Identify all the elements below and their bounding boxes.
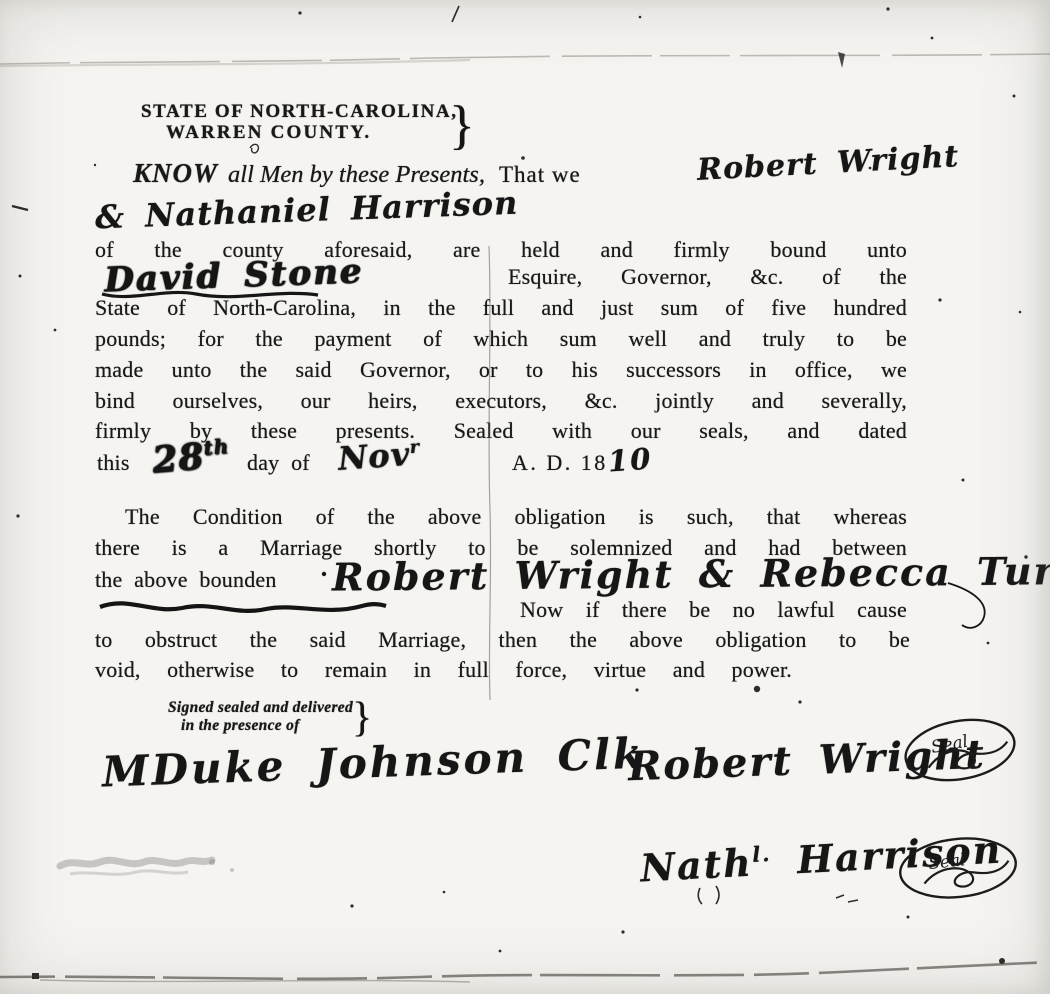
handwritten-cosigner-name: & Nathaniel Harrison <box>94 184 518 237</box>
condition-line-3: the above bounden <box>95 566 277 594</box>
seal-robert-wright: Seal <box>898 706 1023 794</box>
bond-line-5: made unto the said Governor, or to his s… <box>95 356 907 384</box>
handwritten-couple-names: Robert Wright & Rebecca Turner <box>332 548 1050 600</box>
attestation-line-1: Signed sealed and delivered <box>168 699 353 717</box>
document-state-heading: STATE OF NORTH-CAROLINA, <box>141 101 458 123</box>
condition-line-4: Now if there be no lawful cause <box>520 596 907 624</box>
opening-that-we: That we <box>499 162 581 187</box>
condition-line-5: to obstruct the said Marriage, then the … <box>95 626 910 654</box>
month-suffix: r <box>409 437 421 459</box>
marriage-bond-document: STATE OF NORTH-CAROLINA, WARREN COUNTY. … <box>0 0 1050 994</box>
date-this-label: this <box>97 449 130 477</box>
day-suffix: th <box>202 434 230 460</box>
seal-word: Seal <box>927 850 966 874</box>
day-number: 28 <box>150 435 206 481</box>
bond-line-6: bind ourselves, our heirs, executors, &c… <box>95 387 907 415</box>
bond-line-2: Esquire, Governor, &c. of the <box>508 263 907 291</box>
month-name: Nov <box>337 435 412 478</box>
opening-italic-phrase: all Men by these Presents, <box>228 161 485 188</box>
document-county-heading: WARREN COUNTY. <box>166 122 371 144</box>
witness-signature: MDuke Johnson Clk <box>101 729 646 797</box>
header-brace: } <box>449 94 475 156</box>
date-ad-label: A. D. 18 <box>512 449 608 477</box>
attestation-brace: } <box>352 694 372 742</box>
faded-ink-smudge <box>60 859 234 874</box>
wavy-flourish-line <box>100 603 386 611</box>
date-day-of-label: day of <box>247 449 310 477</box>
opening-know-word: KNOW <box>133 158 218 188</box>
top-crease-line <box>0 52 1050 68</box>
handwritten-month: Novr <box>337 434 422 478</box>
handwritten-groom-name: Robert Wright <box>696 139 960 188</box>
bond-line-3: State of North-Carolina, in the full and… <box>95 294 907 322</box>
attestation-line-2: in the presence of <box>181 717 300 735</box>
signature-nathl-sup: l. <box>752 841 773 867</box>
handwritten-day: 28th <box>150 433 231 482</box>
bond-line-4: pounds; for the payment of which sum wel… <box>95 325 907 353</box>
condition-line-1: The Condition of the above obligation is… <box>125 503 907 531</box>
bottom-crease-line <box>0 962 1050 982</box>
seal-nathl-harrison: Seal <box>893 826 1023 910</box>
signature-nathl-pre: Nath <box>639 840 754 891</box>
handwritten-year: 10 <box>607 441 654 478</box>
seal-word: Seal <box>929 732 969 758</box>
condition-line-6: void, otherwise to remain in full force,… <box>95 656 792 684</box>
opening-line: KNOW all Men by these Presents, That we <box>133 158 581 189</box>
